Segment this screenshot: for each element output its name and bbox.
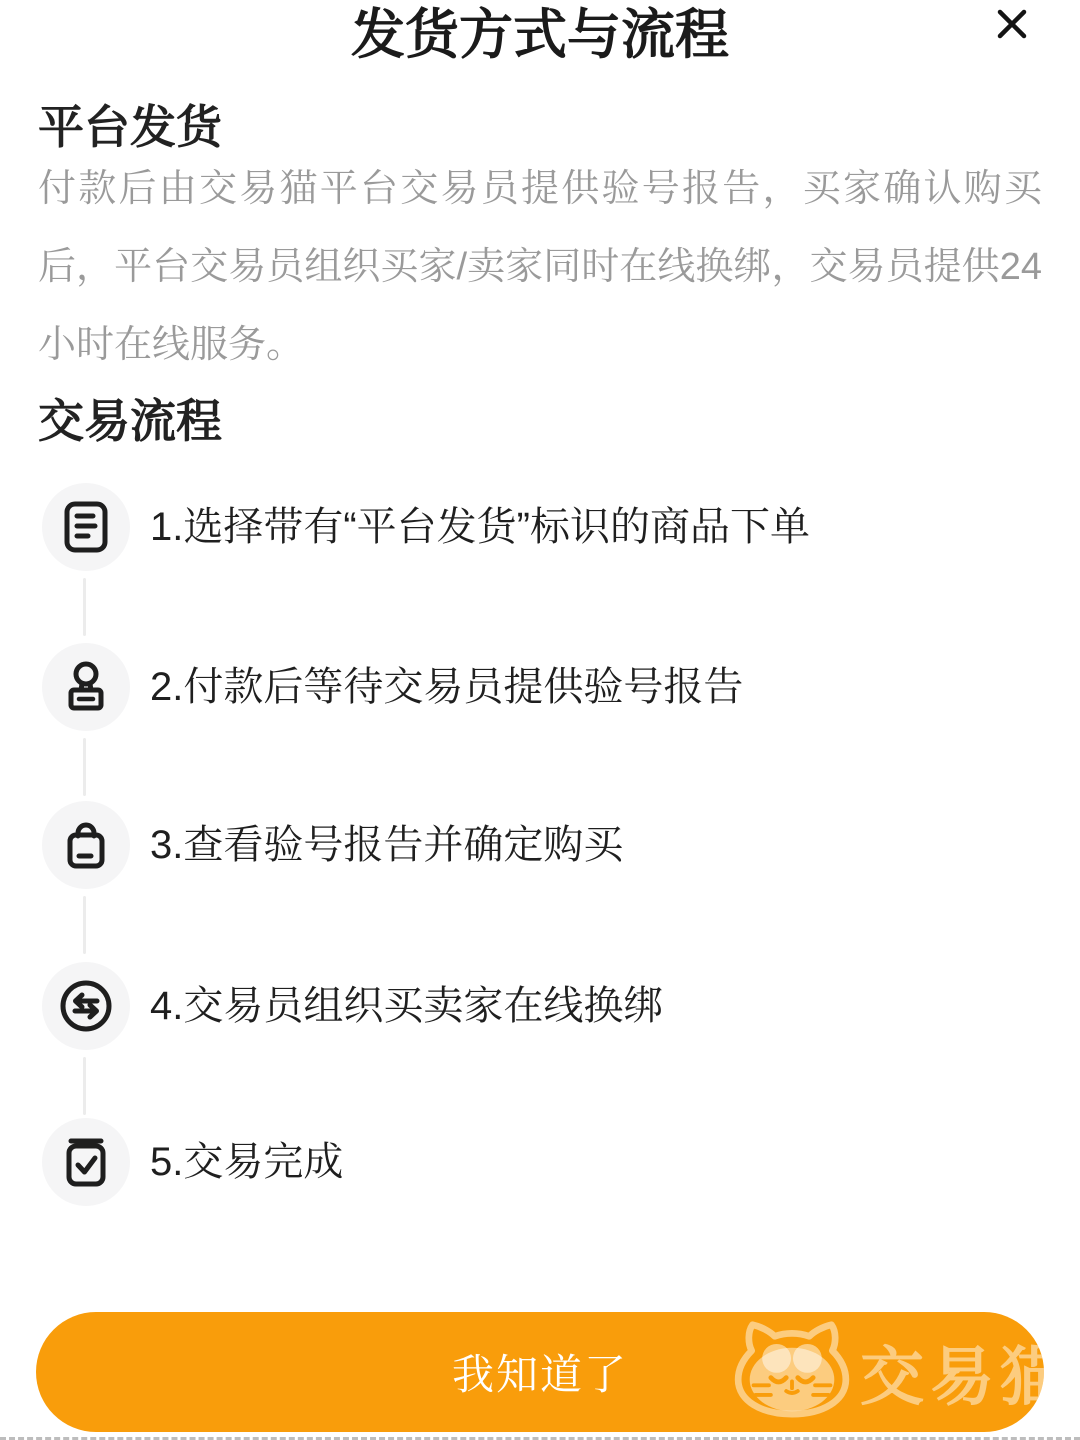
process-step-3: 3.查看验号报告并确定购买: [42, 801, 623, 889]
step-icon-circle: [42, 962, 130, 1050]
process-step-5: 5.交易完成: [42, 1118, 343, 1206]
step-icon-circle: [42, 643, 130, 731]
close-button[interactable]: [974, 0, 1050, 72]
step-label: 2.付款后等待交易员提供验号报告: [150, 661, 743, 713]
step-connector: [83, 896, 86, 954]
confirm-button[interactable]: 交易猫 我知道了: [36, 1312, 1044, 1432]
swap-icon: [57, 977, 115, 1035]
shipping-method-modal: 发货方式与流程 平台发货 付款后由交易猫平台交易员提供验号报告，买家确认购买后，…: [0, 0, 1080, 1440]
step-icon-circle: [42, 483, 130, 571]
process-step-4: 4.交易员组织买卖家在线换绑: [42, 962, 663, 1050]
step-label: 4.交易员组织买卖家在线换绑: [150, 980, 663, 1032]
step-connector: [83, 1057, 86, 1115]
step-label: 3.查看验号报告并确定购买: [150, 819, 623, 871]
bag-icon: [58, 817, 114, 873]
step-label: 1.选择带有“平台发货”标识的商品下单: [150, 501, 810, 553]
close-icon: [992, 4, 1032, 44]
order-list-icon: [58, 499, 114, 555]
step-icon-circle: [42, 1118, 130, 1206]
process-step-1: 1.选择带有“平台发货”标识的商品下单: [42, 483, 810, 571]
step-connector: [83, 738, 86, 796]
platform-shipping-heading: 平台发货: [38, 96, 222, 158]
page-title: 发货方式与流程: [0, 2, 1080, 68]
check-done-icon: [58, 1134, 114, 1190]
confirm-button-label: 我知道了: [36, 1312, 1044, 1432]
trade-process-heading: 交易流程: [38, 390, 222, 452]
platform-shipping-description: 付款后由交易猫平台交易员提供验号报告，买家确认购买后，平台交易员组织买家/卖家同…: [38, 150, 1042, 384]
step-icon-circle: [42, 801, 130, 889]
process-step-2: 2.付款后等待交易员提供验号报告: [42, 643, 743, 731]
stamp-icon: [58, 659, 114, 715]
step-label: 5.交易完成: [150, 1136, 343, 1188]
step-connector: [83, 578, 86, 636]
